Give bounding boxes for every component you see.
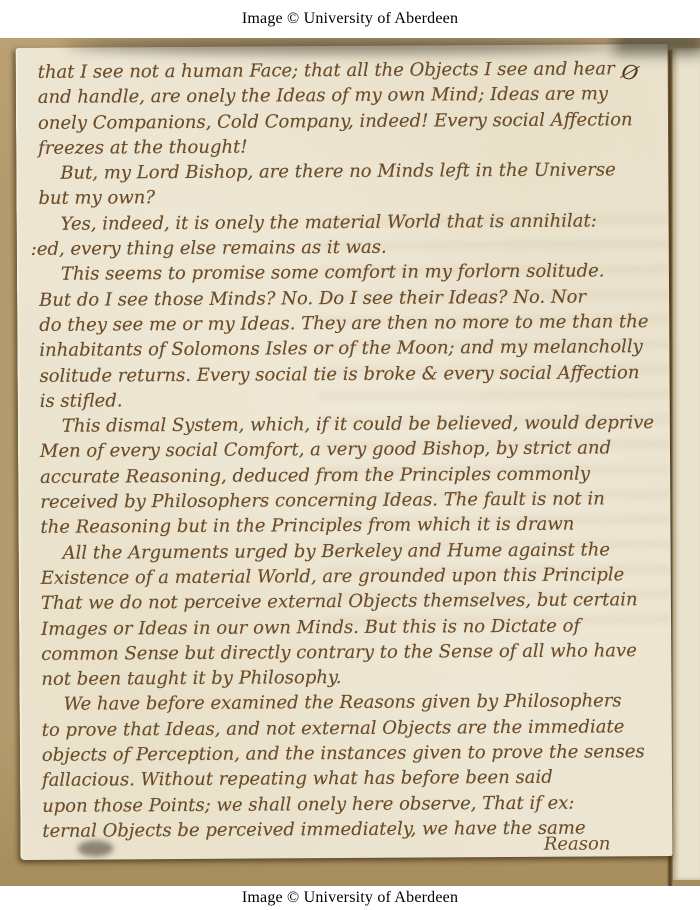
manuscript-line: Images or Ideas in our own Minds. But th…	[41, 613, 657, 642]
manuscript-line: do they see me or my Ideas. They are the…	[39, 309, 655, 338]
manuscript-line: but my own?	[38, 183, 654, 212]
manuscript-line: the Reasoning but in the Principles from…	[40, 511, 656, 540]
manuscript-line: that I see not a human Face; that all th…	[38, 56, 654, 85]
manuscript-line: That we do not perceive external Objects…	[41, 587, 657, 616]
manuscript-line: to prove that Ideas, and not external Ob…	[42, 714, 658, 743]
manuscript-line: is stifled.	[40, 385, 656, 414]
manuscript-line: But, my Lord Bishop, are there no Minds …	[38, 157, 654, 186]
manuscript-line: and handle, are onely the Ideas of my ow…	[38, 81, 654, 110]
manuscript-line: Existence of a material World, are groun…	[41, 562, 657, 591]
manuscript-line: freezes at the thought!	[38, 132, 654, 161]
manuscript-line: solitude returns. Every social tie is br…	[39, 360, 655, 389]
copyright-caption-bottom: Image © University of Aberdeen	[242, 889, 458, 907]
manuscript-line: But do I see those Minds? No. Do I see t…	[39, 284, 655, 313]
manuscript-line: accurate Reasoning, deduced from the Pri…	[40, 461, 656, 490]
screen: Image © University of Aberdeen Ø that I …	[0, 0, 700, 910]
manuscript-line: objects of Perception, and the instances…	[42, 739, 658, 768]
binding-shadow-corner	[614, 38, 700, 54]
manuscript-line: upon those Points; we shall onely here o…	[42, 790, 658, 819]
manuscript-line: inhabitants of Solomons Isles or of the …	[39, 334, 655, 363]
manuscript-line: Men of every social Comfort, a very good…	[40, 436, 656, 465]
manuscript-line: fallacious. Without repeating what has b…	[42, 764, 658, 793]
ink-blot	[77, 840, 113, 856]
manuscript-photo: Ø that I see not a human Face; that all …	[0, 38, 700, 886]
manuscript-text: that I see not a human Face; that all th…	[38, 56, 659, 844]
manuscript-line: common Sense but directly contrary to th…	[41, 638, 657, 667]
bottom-caption-bar: Image © University of Aberdeen	[0, 886, 700, 910]
catchword: Reason	[544, 833, 611, 854]
facing-page-edge	[673, 48, 700, 880]
manuscript-line: We have before examined the Reasons give…	[41, 689, 657, 718]
manuscript-line: :ed, every thing else remains as it was.	[31, 233, 655, 262]
manuscript-line: This seems to promise some comfort in my…	[39, 258, 655, 287]
copyright-caption-top: Image © University of Aberdeen	[242, 10, 458, 28]
manuscript-line: Yes, indeed, it is onely the material Wo…	[39, 208, 655, 237]
top-caption-bar: Image © University of Aberdeen	[0, 0, 700, 38]
manuscript-page: Ø that I see not a human Face; that all …	[16, 44, 673, 860]
manuscript-line: This dismal System, which, if it could b…	[40, 410, 656, 439]
manuscript-line: received by Philosophers concerning Idea…	[40, 486, 656, 515]
binding-shadow-top	[65, 38, 620, 53]
manuscript-line: All the Arguments urged by Berkeley and …	[41, 537, 657, 566]
manuscript-line: not been taught it by Philosophy.	[41, 663, 657, 692]
manuscript-line: onely Companions, Cold Company, indeed! …	[38, 107, 654, 136]
